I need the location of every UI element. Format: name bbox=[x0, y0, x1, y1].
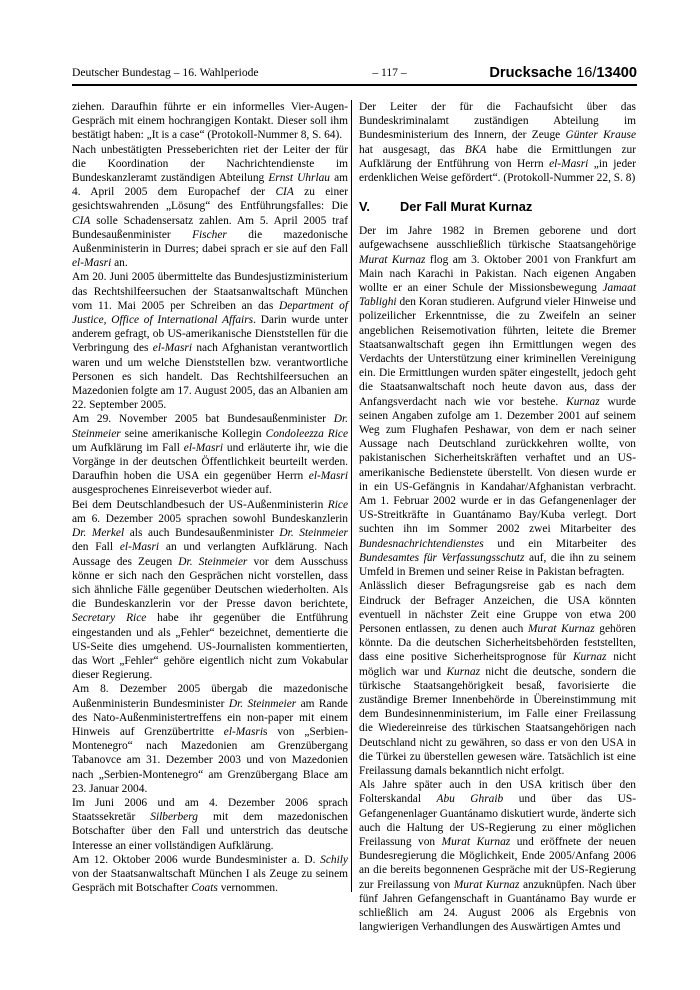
emphasized-text: el-Masri bbox=[153, 342, 192, 354]
document-page: Deutscher Bundestag – 16. Wahlperiode – … bbox=[0, 0, 700, 990]
emphasized-text: CIA bbox=[72, 215, 90, 227]
body-text: nicht die deutsche, sondern die türkisch… bbox=[359, 666, 636, 777]
body-text: ziehen. Daraufhin führte er ein informel… bbox=[72, 101, 348, 141]
body-text: vernommen. bbox=[218, 882, 278, 894]
body-text: den Koran studieren. Aufgrund vieler Hin… bbox=[359, 296, 636, 407]
section-number: V. bbox=[359, 199, 400, 214]
page-number: – 117 – bbox=[312, 66, 467, 79]
emphasized-text: Günter Krause bbox=[566, 129, 636, 141]
body-text: an. bbox=[111, 257, 127, 269]
emphasized-text: Silberberg bbox=[150, 811, 198, 823]
emphasized-text: Bundesamtes für Verfassungsschutz bbox=[359, 552, 524, 564]
emphasized-text: Ernst Uhrlau bbox=[268, 172, 330, 184]
emphasized-text: Secretary Rice bbox=[72, 612, 146, 624]
document-number: 13400 bbox=[596, 65, 637, 81]
paragraph: ziehen. Daraufhin führte er ein informel… bbox=[72, 100, 348, 143]
paragraph: Am 29. November 2005 bat Bundesaußenmini… bbox=[72, 412, 348, 497]
emphasized-text: el-Masri bbox=[309, 470, 348, 482]
emphasized-text: Dr. Steinmeier bbox=[279, 527, 348, 539]
emphasized-text: el-Masri bbox=[72, 257, 111, 269]
emphasized-text: Murat Kurnaz bbox=[359, 254, 425, 266]
paragraph: Am 20. Juni 2005 übermittelte das Bundes… bbox=[72, 270, 348, 412]
emphasized-text: Dr. Merkel bbox=[72, 527, 124, 539]
left-column: ziehen. Daraufhin führte er ein informel… bbox=[72, 100, 348, 895]
paragraph: Im Juni 2006 und am 4. Dezember 2006 spr… bbox=[72, 796, 348, 853]
body-text: um Aufklärung im Fall bbox=[72, 442, 184, 454]
emphasized-text: Fischer bbox=[192, 229, 227, 241]
emphasized-text: el-Masri bbox=[120, 541, 159, 553]
body-text: und ein Mitarbeiter des bbox=[484, 538, 636, 550]
right-column: Der Leiter der für die Fachaufsicht über… bbox=[359, 100, 636, 934]
emphasized-text: Schily bbox=[320, 854, 348, 866]
emphasized-text: Kurnaz bbox=[573, 651, 607, 663]
document-reference: Drucksache16/13400 bbox=[489, 65, 637, 81]
header-rule bbox=[72, 84, 637, 86]
emphasized-text: Rice bbox=[328, 499, 348, 511]
emphasized-text: Abu Ghraib bbox=[436, 793, 503, 805]
emphasized-text: Dr. Steinmeier bbox=[178, 556, 247, 568]
drucksache-label: Drucksache bbox=[489, 65, 572, 81]
paragraph: Der Leiter der für die Fachaufsicht über… bbox=[359, 100, 636, 185]
emphasized-text: el-Masri bbox=[184, 442, 223, 454]
emphasized-text: el-Masri bbox=[549, 158, 588, 170]
page-header: Deutscher Bundestag – 16. Wahlperiode – … bbox=[72, 61, 637, 83]
paragraph: Der im Jahre 1982 in Bremen geborene und… bbox=[359, 224, 636, 579]
emphasized-text: Murat Kurnaz bbox=[528, 623, 595, 635]
legislative-period: 16/ bbox=[576, 65, 596, 81]
emphasized-text: Bundesnachrichtendienstes bbox=[359, 538, 484, 550]
emphasized-text: Kurnaz bbox=[446, 666, 480, 678]
body-text: Am 29. November 2005 bat Bundesaußenmini… bbox=[72, 413, 334, 425]
body-text: als auch Bundesaußenminister bbox=[124, 527, 279, 539]
body-text: Am 12. Oktober 2006 wurde Bundesminister… bbox=[72, 854, 320, 866]
paragraph: Bei dem Deutschlandbesuch der US-Außenmi… bbox=[72, 498, 348, 683]
body-text: Bei dem Deutschlandbesuch der US-Außenmi… bbox=[72, 499, 328, 511]
emphasized-text: Murat Kurnaz bbox=[442, 836, 511, 848]
body-text: seine amerikanische Kollegin bbox=[121, 428, 266, 440]
emphasized-text: Kurnaz bbox=[566, 396, 600, 408]
paragraph: Am 12. Oktober 2006 wurde Bundesminister… bbox=[72, 853, 348, 896]
body-text: den Fall bbox=[72, 541, 120, 553]
paragraph: Nach unbestätigten Presseberichten riet … bbox=[72, 143, 348, 271]
body-text: Der im Jahre 1982 in Bremen geborene und… bbox=[359, 225, 636, 251]
emphasized-text: Condoleezza Rice bbox=[266, 428, 348, 440]
emphasized-text: BKA bbox=[465, 144, 487, 156]
emphasized-text: Coats bbox=[191, 882, 218, 894]
emphasized-text: el-Masri bbox=[224, 726, 263, 738]
body-text: wurde seinen Angaben zufolge am 1. Dezem… bbox=[359, 396, 636, 536]
emphasized-text: CIA bbox=[275, 186, 293, 198]
section-heading: V.Der Fall Murat Kurnaz bbox=[359, 199, 636, 214]
paragraph: Anlässlich dieser Befragungsreise gab es… bbox=[359, 579, 636, 778]
section-title: Der Fall Murat Kurnaz bbox=[400, 199, 532, 214]
emphasized-text: Dr. Steinmeier bbox=[229, 698, 296, 710]
body-text: hat ausgesagt, das bbox=[359, 144, 465, 156]
emphasized-text: Murat Kurnaz bbox=[454, 879, 520, 891]
body-text: am 6. Dezember 2005 sprachen sowohl Bund… bbox=[72, 513, 348, 525]
body-text: ausgesprochenes Einreiseverbot wieder au… bbox=[72, 484, 272, 496]
paragraph: Als Jahre später auch in den USA kritisc… bbox=[359, 778, 636, 934]
text-columns: ziehen. Daraufhin führte er ein informel… bbox=[72, 100, 637, 934]
column-divider bbox=[351, 100, 352, 892]
paragraph: Am 8. Dezember 2005 übergab die mazedoni… bbox=[72, 682, 348, 796]
publisher-header: Deutscher Bundestag – 16. Wahlperiode bbox=[72, 66, 259, 79]
